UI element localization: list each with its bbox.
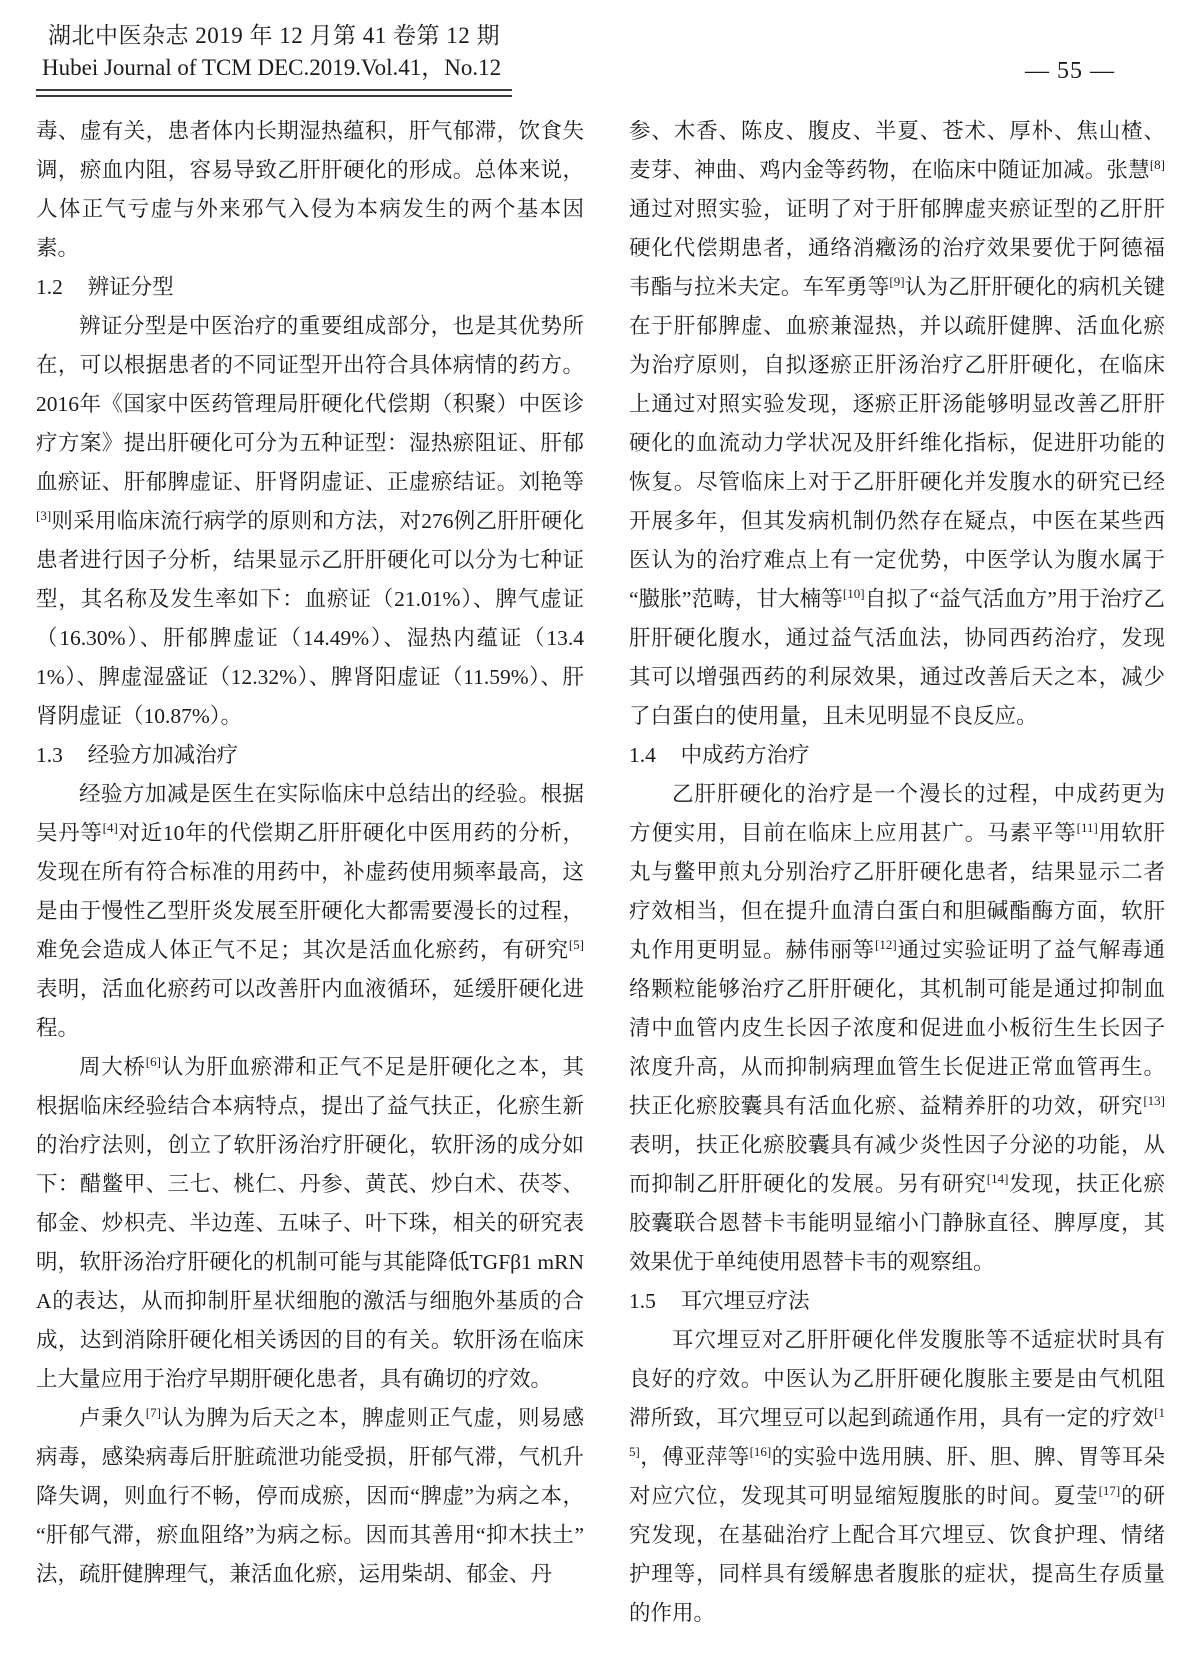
section-heading: 1.3经验方加减治疗 [36,736,584,775]
paragraph: 辨证分型是中医治疗的重要组成部分，也是其优势所在，可以根据患者的不同证型开出符合… [36,307,584,736]
paragraph: 乙肝肝硬化的治疗是一个漫长的过程，中成药更为方便实用，目前在临床上应用甚广。马素… [629,775,1165,1282]
citation-ref-marker: [16] [750,1444,772,1459]
journal-header: 湖北中医杂志 2019 年 12 月第 41 卷第 12 期 Hubei Jou… [36,20,514,97]
paragraph: 参、木香、陈皮、腹皮、半夏、苍术、厚朴、焦山楂、麦芽、神曲、鸡内金等药物，在临床… [629,112,1165,736]
section-title: 辨证分型 [88,275,174,299]
page-number: — 55 — [1005,58,1115,85]
paragraph: 卢秉久[7]认为脾为后天之本，脾虚则正气虚，则易感病毒，感染病毒后肝脏疏泄功能受… [36,1399,584,1594]
journal-title-cn: 湖北中医杂志 2019 年 12 月第 41 卷第 12 期 [36,20,514,52]
citation-ref-marker: [7] [146,1405,161,1420]
citation-ref-marker: [9] [889,274,904,289]
paragraph: 经验方加减是医生在实际临床中总结出的经验。根据吴丹等[4]对近10年的代偿期乙肝… [36,775,584,1048]
section-title: 经验方加减治疗 [88,743,239,767]
citation-ref-marker: [8] [1150,157,1165,172]
section-heading: 1.4中成药方治疗 [629,736,1165,775]
citation-ref-marker: [10] [843,586,865,601]
citation-ref-marker: [17] [1099,1483,1121,1498]
citation-ref-marker: [15] [629,1405,1165,1459]
section-heading: 1.5耳穴埋豆疗法 [629,1282,1165,1321]
citation-ref-marker: [11] [1077,820,1098,835]
citation-ref-marker: [6] [146,1054,161,1069]
section-number: 1.4 [629,736,656,775]
citation-ref-marker: [14] [987,1171,1009,1186]
article-body: 毒、虚有关，患者体内长期湿热蕴积，肝气郁滞，饮食失调，瘀血内阻，容易导致乙肝肝硬… [36,112,1165,1633]
citation-ref-marker: [4] [103,820,118,835]
section-number: 1.5 [629,1282,656,1321]
section-number: 1.2 [36,268,63,307]
paragraph: 周大桥[6]认为肝血瘀滞和正气不足是肝硬化之本，其根据临床经验结合本病特点，提出… [36,1048,584,1399]
citation-ref-marker: [12] [875,937,897,952]
citation-ref-marker: [5] [569,937,584,952]
paragraph: 耳穴埋豆对乙肝肝硬化伴发腹胀等不适症状时具有良好的疗效。中医认为乙肝肝硬化腹胀主… [629,1321,1165,1633]
journal-title-en: Hubei Journal of TCM DEC.2019.Vol.41，No.… [36,52,514,84]
section-number: 1.3 [36,736,63,775]
citation-ref-marker: [3] [36,508,51,523]
column-right: 参、木香、陈皮、腹皮、半夏、苍术、厚朴、焦山楂、麦芽、神曲、鸡内金等药物，在临床… [629,112,1165,1633]
paragraph: 毒、虚有关，患者体内长期湿热蕴积，肝气郁滞，饮食失调，瘀血内阻，容易导致乙肝肝硬… [36,112,584,268]
citation-ref-marker: [13] [1143,1093,1165,1108]
column-left: 毒、虚有关，患者体内长期湿热蕴积，肝气郁滞，饮食失调，瘀血内阻，容易导致乙肝肝硬… [36,112,584,1633]
header-double-rule [36,89,512,97]
section-title: 中成药方治疗 [681,743,810,767]
section-heading: 1.2辨证分型 [36,268,584,307]
section-title: 耳穴埋豆疗法 [681,1289,810,1313]
journal-page: 湖北中医杂志 2019 年 12 月第 41 卷第 12 期 Hubei Jou… [0,0,1192,1680]
